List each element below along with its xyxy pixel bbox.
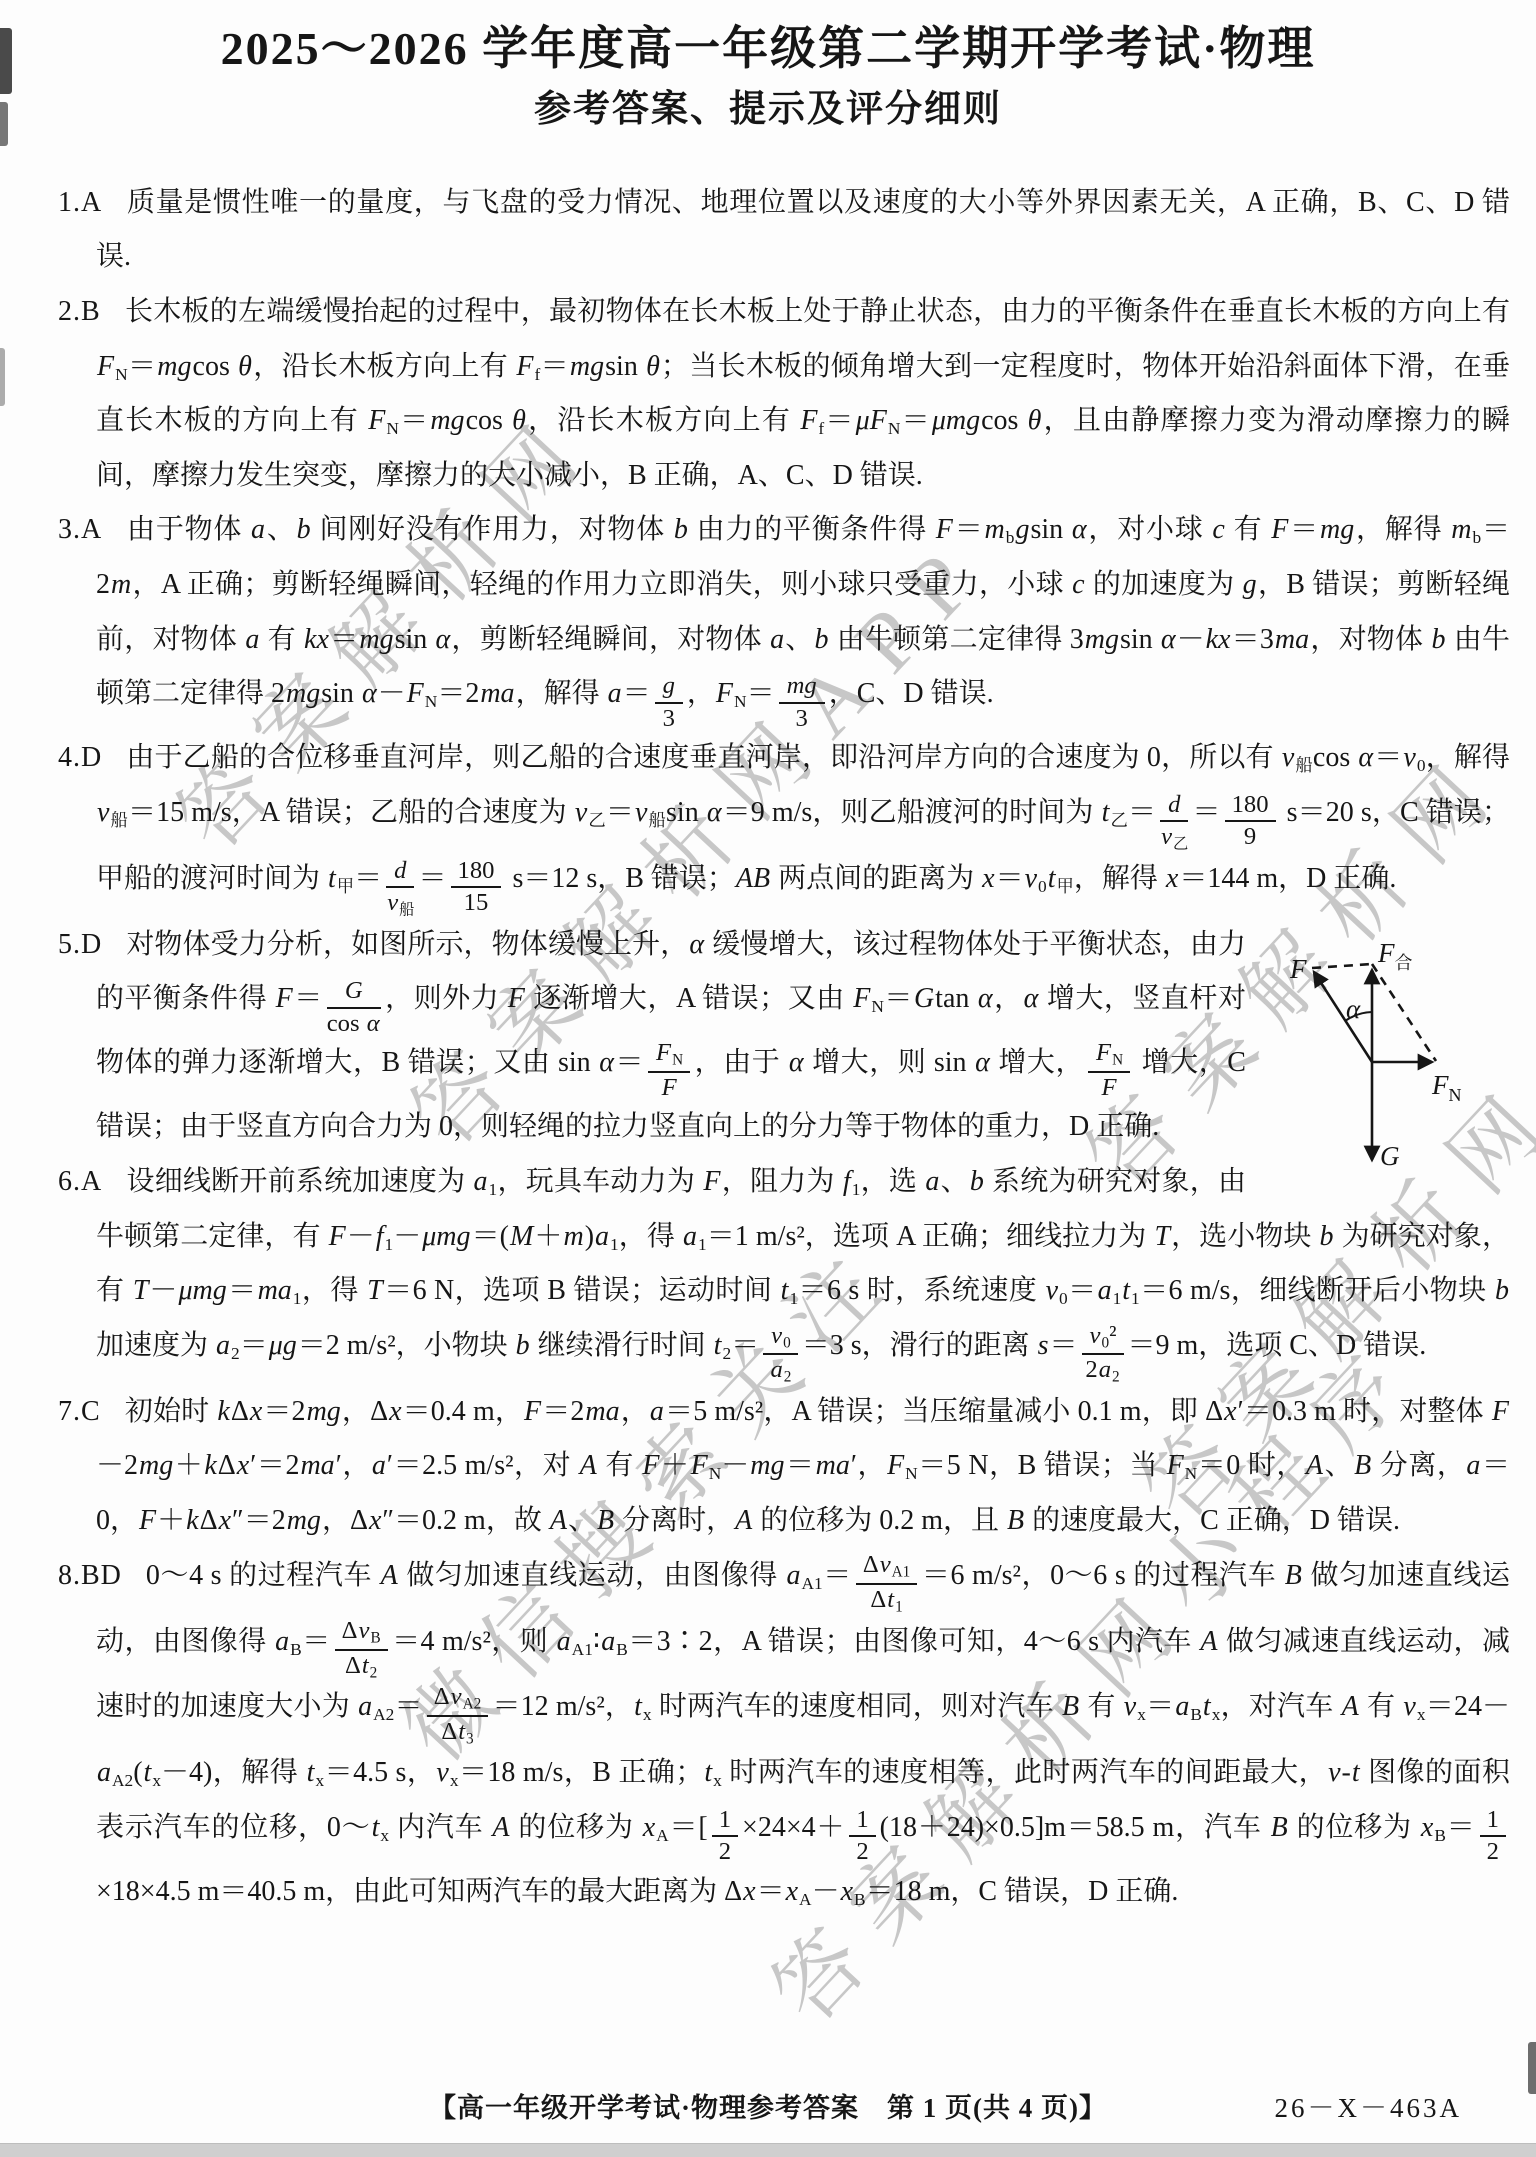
label-resultant: F合 <box>1377 938 1413 973</box>
scan-artifact <box>0 28 12 94</box>
answer-number: 5.D <box>58 929 102 960</box>
force-diagram: FF合αFNG <box>1264 922 1510 1174</box>
answer-number: 8.BD <box>58 1560 122 1591</box>
answer-text: 质量是惯性唯一的量度，与飞盘的受力情况、地理位置以及速度的大小等外界因素无关，A… <box>96 187 1510 273</box>
fraction: FNF <box>1088 1040 1130 1100</box>
answer-sheet-page: 答案解析网答案解析网APP答案解析网微信搜索关注答案解析网答案解析网小程序 20… <box>0 0 1536 2157</box>
label-weight: G <box>1380 1141 1400 1171</box>
answer-item-7: 7.C初始时 kΔx＝2mg，Δx＝0.4 m，F＝2ma，a＝5 m/s²，A… <box>58 1385 1510 1549</box>
answer-text: 初始时 kΔx＝2mg，Δx＝0.4 m，F＝2ma，a＝5 m/s²，A 错误… <box>96 1396 1510 1536</box>
page-subtitle: 参考答案、提示及评分细则 <box>0 88 1536 132</box>
answer-text: 由于乙船的合位移垂直河岸，则乙船的合速度垂直河岸，即沿河岸方向的合速度为 0，所… <box>96 742 1510 894</box>
paper-code: 26－X－463A <box>1275 2086 1463 2125</box>
answer-item-8: 8.BD0～4 s 的过程汽车 A 做匀加速直线运动，由图像得 aA1＝ΔvA1… <box>58 1549 1510 1920</box>
fraction: 12 <box>1480 1807 1506 1865</box>
answer-number: 6.A <box>58 1166 102 1197</box>
construction-dash-side <box>1372 964 1436 1061</box>
fraction: FNF <box>648 1040 690 1100</box>
answer-list: 1.A质量是惯性唯一的量度，与飞盘的受力情况、地理位置以及速度的大小等外界因素无… <box>0 176 1536 1920</box>
fraction: 12 <box>849 1807 875 1865</box>
construction-dash-top <box>1312 964 1372 968</box>
fraction: v0²2a2 <box>1082 1323 1124 1385</box>
scan-artifact <box>0 102 8 146</box>
footer-caption: 【高一年级开学考试·物理参考答案 第 1 页(共 4 页)】 <box>429 2093 1107 2123</box>
label-force-f: F <box>1289 954 1307 984</box>
fraction: g3 <box>655 673 683 731</box>
answer-text: 设细线断开前系统加速度为 a1，玩具车动力为 F，阻力为 f1，选 a、b 系统… <box>96 1166 1510 1361</box>
answer-item-6: 6.A设细线断开前系统加速度为 a1，玩具车动力为 F，阻力为 f1，选 a、b… <box>58 1155 1510 1385</box>
fraction: dv乙 <box>1160 792 1188 852</box>
page-title: 2025～2026 学年度高一年级第二学期开学考试·物理 <box>0 0 1536 78</box>
page-footer: 【高一年级开学考试·物理参考答案 第 1 页(共 4 页)】 26－X－463A <box>0 2086 1536 2125</box>
answer-item-4: 4.D由于乙船的合位移垂直河岸，则乙船的合速度垂直河岸，即沿河岸方向的合速度为 … <box>58 731 1510 918</box>
label-angle: α <box>1346 994 1361 1024</box>
scan-artifact <box>1528 2042 1536 2094</box>
force-f-arrow <box>1314 972 1372 1062</box>
answer-text: 长木板的左端缓慢抬起的过程中，最初物体在长木板上处于静止状态，由力的平衡条件在垂… <box>96 296 1510 491</box>
label-normal-force: FN <box>1431 1070 1462 1105</box>
answer-text: 对物体受力分析，如图所示，物体缓慢上升，α 缓慢增大，该过程物体处于平衡状态，由… <box>96 929 1246 1143</box>
fraction: 12 <box>712 1807 738 1865</box>
answer-item-1: 1.A质量是惯性唯一的量度，与飞盘的受力情况、地理位置以及速度的大小等外界因素无… <box>58 176 1510 285</box>
answer-item-5: 5.DFF合αFNG对物体受力分析，如图所示，物体缓慢上升，α 缓慢增大，该过程… <box>58 918 1510 1155</box>
answer-number: 7.C <box>58 1396 101 1427</box>
answer-text: 0～4 s 的过程汽车 A 做匀加速直线运动，由图像得 aA1＝ΔvA1Δt1＝… <box>96 1560 1510 1908</box>
fraction: ΔvA2Δt3 <box>427 1684 488 1746</box>
answer-number: 1.A <box>58 187 102 218</box>
fraction: Gcos α <box>327 978 381 1036</box>
answer-number: 3.A <box>58 514 102 545</box>
scan-artifact <box>0 348 5 406</box>
fraction: 1809 <box>1225 792 1276 850</box>
scan-edge-shadow <box>0 2143 1536 2157</box>
answer-number: 4.D <box>58 742 102 773</box>
fraction: v0a2 <box>763 1323 798 1385</box>
fraction: dv船 <box>386 858 414 918</box>
fraction: 18015 <box>451 858 502 916</box>
fraction: ΔvBΔt2 <box>335 1618 388 1680</box>
answer-item-3: 3.A由于物体 a、b 间刚好没有作用力，对物体 b 由力的平衡条件得 F＝mb… <box>58 503 1510 731</box>
fraction: mg3 <box>779 673 825 731</box>
answer-number: 2.B <box>58 296 101 327</box>
answer-text: 由于物体 a、b 间刚好没有作用力，对物体 b 由力的平衡条件得 F＝mbgsi… <box>96 514 1510 709</box>
fraction: ΔvA1Δt1 <box>856 1552 917 1614</box>
answer-item-2: 2.B长木板的左端缓慢抬起的过程中，最初物体在长木板上处于静止状态，由力的平衡条… <box>58 285 1510 503</box>
